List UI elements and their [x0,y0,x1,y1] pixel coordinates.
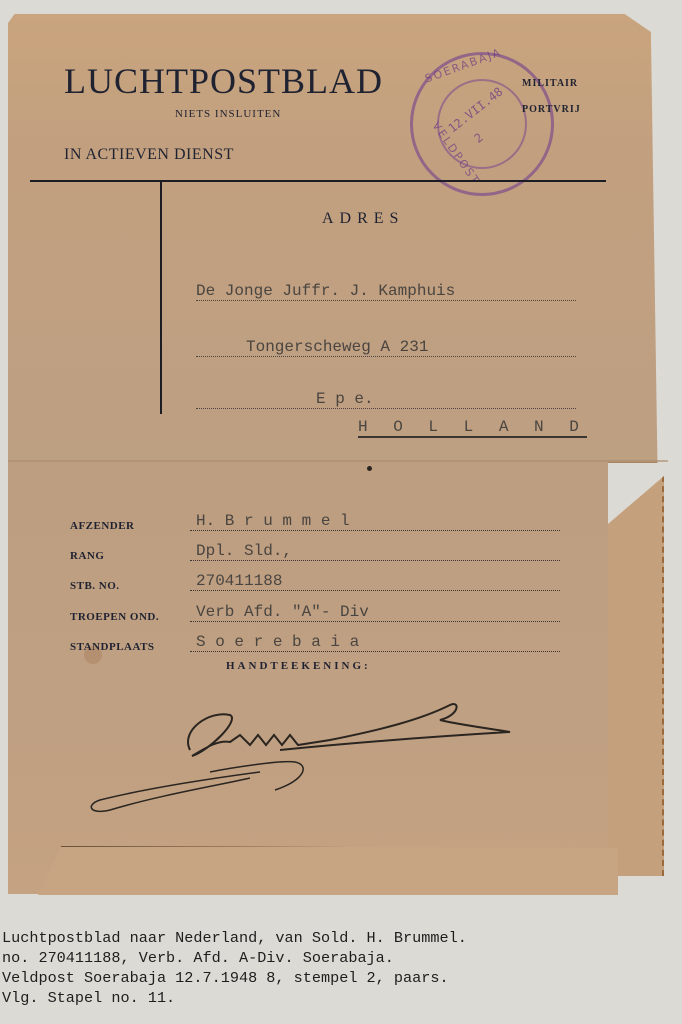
value-afzender: H. B r u m m e l [190,510,560,531]
stamp-area-divider [160,182,162,414]
afzender-text: H. B r u m m e l [196,512,350,530]
address-label: ADRES [322,210,404,228]
caption-line-1: Luchtpostblad naar Nederland, van Sold. … [2,928,682,948]
troepen-ond-text: Verb Afd. "A"- Div [196,603,369,621]
value-troepen-ond: Verb Afd. "A"- Div [190,601,560,622]
standplaats-text: S o e r e b a i a [196,633,359,651]
franking-portvrij: PORTVRIJ [522,104,581,115]
value-rang: Dpl. Sld., [190,540,560,561]
form-title: LUCHTPOSTBLAD [64,60,383,102]
bottom-flap [38,846,618,895]
value-stb-no: 270411188 [190,570,560,591]
recipient-country: H O L L A N D [358,418,587,438]
recipient-name: De Jonge Juffr. J. Kamphuis [196,282,455,300]
form-subtitle: NIETS INSLUITEN [175,108,281,120]
caption-line-3: Veldpost Soerabaja 12.7.1948 8, stempel … [2,968,682,988]
label-troepen-ond: TROEPEN OND. [70,611,159,623]
header-rule [30,180,606,182]
archive-caption: Luchtpostblad naar Nederland, van Sold. … [2,928,682,1008]
service-label: IN ACTIEVEN DIENST [64,146,234,164]
label-standplaats: STANDPLAATS [70,641,155,653]
right-flap [608,476,664,876]
caption-line-2: no. 270411188, Verb. Afd. A-Div. Soeraba… [2,948,682,968]
signature-label: HANDTEEKENING: [226,660,371,672]
stb-no-text: 270411188 [196,572,282,590]
fold-line [8,460,668,462]
label-afzender: AFZENDER [70,520,135,532]
label-rang: RANG [70,550,104,562]
label-stb-no: STB. NO. [70,580,120,592]
ink-spot [367,466,372,471]
address-line-city: E p e. [196,386,576,409]
value-standplaats: S o e r e b a i a [190,631,560,652]
postmark-stamp: SOERABAJA VELDPOST 12.VII.48 2 [410,52,554,196]
franking-militair: MILITAIR [522,78,578,89]
caption-line-4: Vlg. Stapel no. 11. [2,988,682,1008]
recipient-city: E p e. [316,390,374,408]
recipient-street: Tongerscheweg A 231 [246,338,428,356]
address-line-name: De Jonge Juffr. J. Kamphuis [196,278,576,301]
address-line-street: Tongerscheweg A 231 [196,334,576,357]
rang-text: Dpl. Sld., [196,542,292,560]
handwritten-signature [80,690,520,830]
